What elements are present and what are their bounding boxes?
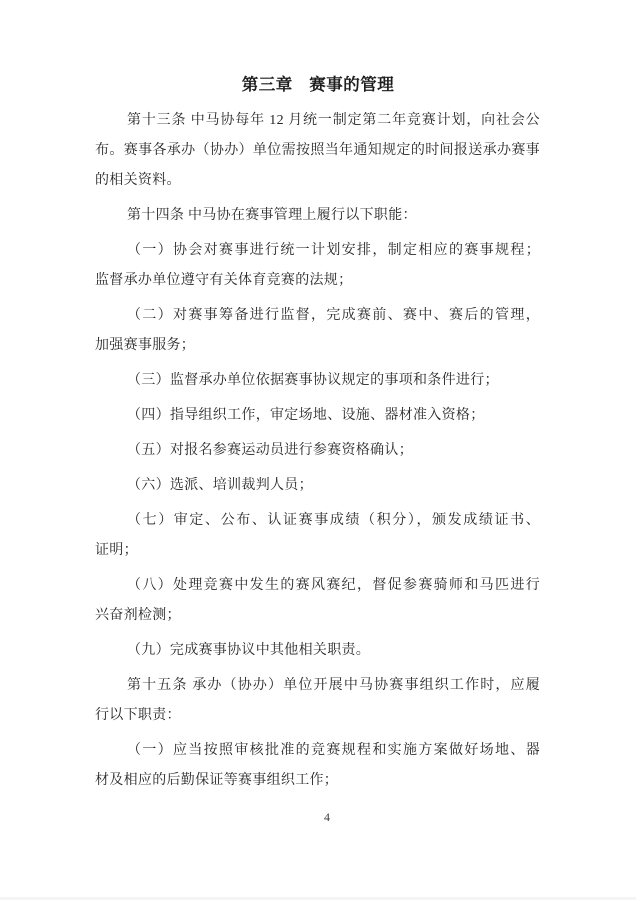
paragraph: 第十五条 承办（协办）单位开展中马协赛事组织工作时，应履行以下职责：	[95, 671, 540, 731]
text-line: 第十四条 中马协在赛事管理上履行以下职能：	[95, 201, 540, 231]
text-line: （九）完成赛事协议中其他相关职责。	[95, 636, 540, 666]
paragraph: （九）完成赛事协议中其他相关职责。	[95, 636, 540, 666]
text-line: 材及相应的后勤保证等赛事组织工作；	[95, 766, 540, 796]
page-number: 4	[324, 802, 330, 832]
text-line: 监督承办单位遵守有关体育竞赛的法规；	[95, 266, 540, 296]
text-line: 布。赛事各承办（协办）单位需按照当年通知规定的时间报送承办赛事	[95, 136, 540, 166]
text-line: （三）监督承办单位依据赛事协议规定的事项和条件进行；	[95, 366, 540, 396]
paragraph: （四）指导组织工作，审定场地、设施、器材准入资格；	[95, 401, 540, 431]
text-line: 证明；	[95, 536, 540, 566]
text-line: 行以下职责：	[95, 701, 540, 731]
text-line: 加强赛事服务；	[95, 331, 540, 361]
document-page: 第三章赛事的管理 第十三条 中马协每年 12 月统一制定第二年竞赛计划，向社会公…	[0, 0, 636, 900]
text-line: （六）选派、培训裁判人员；	[95, 471, 540, 501]
paragraph: 第十四条 中马协在赛事管理上履行以下职能：	[95, 201, 540, 231]
text-line: （一）应当按照审核批准的竞赛规程和实施方案做好场地、器	[95, 736, 540, 766]
text-line: （一）协会对赛事进行统一计划安排，制定相应的赛事规程；	[95, 236, 540, 266]
paragraph: （一）应当按照审核批准的竞赛规程和实施方案做好场地、器材及相应的后勤保证等赛事组…	[95, 736, 540, 796]
text-line: （四）指导组织工作，审定场地、设施、器材准入资格；	[95, 401, 540, 431]
paragraph: （五）对报名参赛运动员进行参赛资格确认；	[95, 436, 540, 466]
chapter-title: 赛事的管理	[309, 75, 394, 94]
paragraph: （七）审定、公布、认证赛事成绩（积分），颁发成绩证书、证明；	[95, 506, 540, 566]
paragraph: （一）协会对赛事进行统一计划安排，制定相应的赛事规程；监督承办单位遵守有关体育竞…	[95, 236, 540, 296]
text-line: 兴奋剂检测；	[95, 601, 540, 631]
paragraph: （二）对赛事筹备进行监督，完成赛前、赛中、赛后的管理，加强赛事服务；	[95, 301, 540, 361]
paragraph: 第十三条 中马协每年 12 月统一制定第二年竞赛计划，向社会公布。赛事各承办（协…	[95, 106, 540, 196]
document-body: 第十三条 中马协每年 12 月统一制定第二年竞赛计划，向社会公布。赛事各承办（协…	[95, 106, 540, 796]
paragraph: （六）选派、培训裁判人员；	[95, 471, 540, 501]
chapter-heading: 第三章赛事的管理	[0, 0, 636, 100]
text-line: 第十五条 承办（协办）单位开展中马协赛事组织工作时，应履	[95, 671, 540, 701]
text-line: （二）对赛事筹备进行监督，完成赛前、赛中、赛后的管理，	[95, 301, 540, 331]
chapter-number: 第三章	[242, 75, 293, 94]
text-line: 第十三条 中马协每年 12 月统一制定第二年竞赛计划，向社会公	[95, 106, 540, 136]
paragraph: （三）监督承办单位依据赛事协议规定的事项和条件进行；	[95, 366, 540, 396]
text-line: 的相关资料。	[95, 166, 540, 196]
text-line: （五）对报名参赛运动员进行参赛资格确认；	[95, 436, 540, 466]
paragraph: （八）处理竞赛中发生的赛风赛纪，督促参赛骑师和马匹进行兴奋剂检测；	[95, 571, 540, 631]
text-line: （八）处理竞赛中发生的赛风赛纪，督促参赛骑师和马匹进行	[95, 571, 540, 601]
page-footer: 4	[0, 802, 636, 832]
text-line: （七）审定、公布、认证赛事成绩（积分），颁发成绩证书、	[95, 506, 540, 536]
